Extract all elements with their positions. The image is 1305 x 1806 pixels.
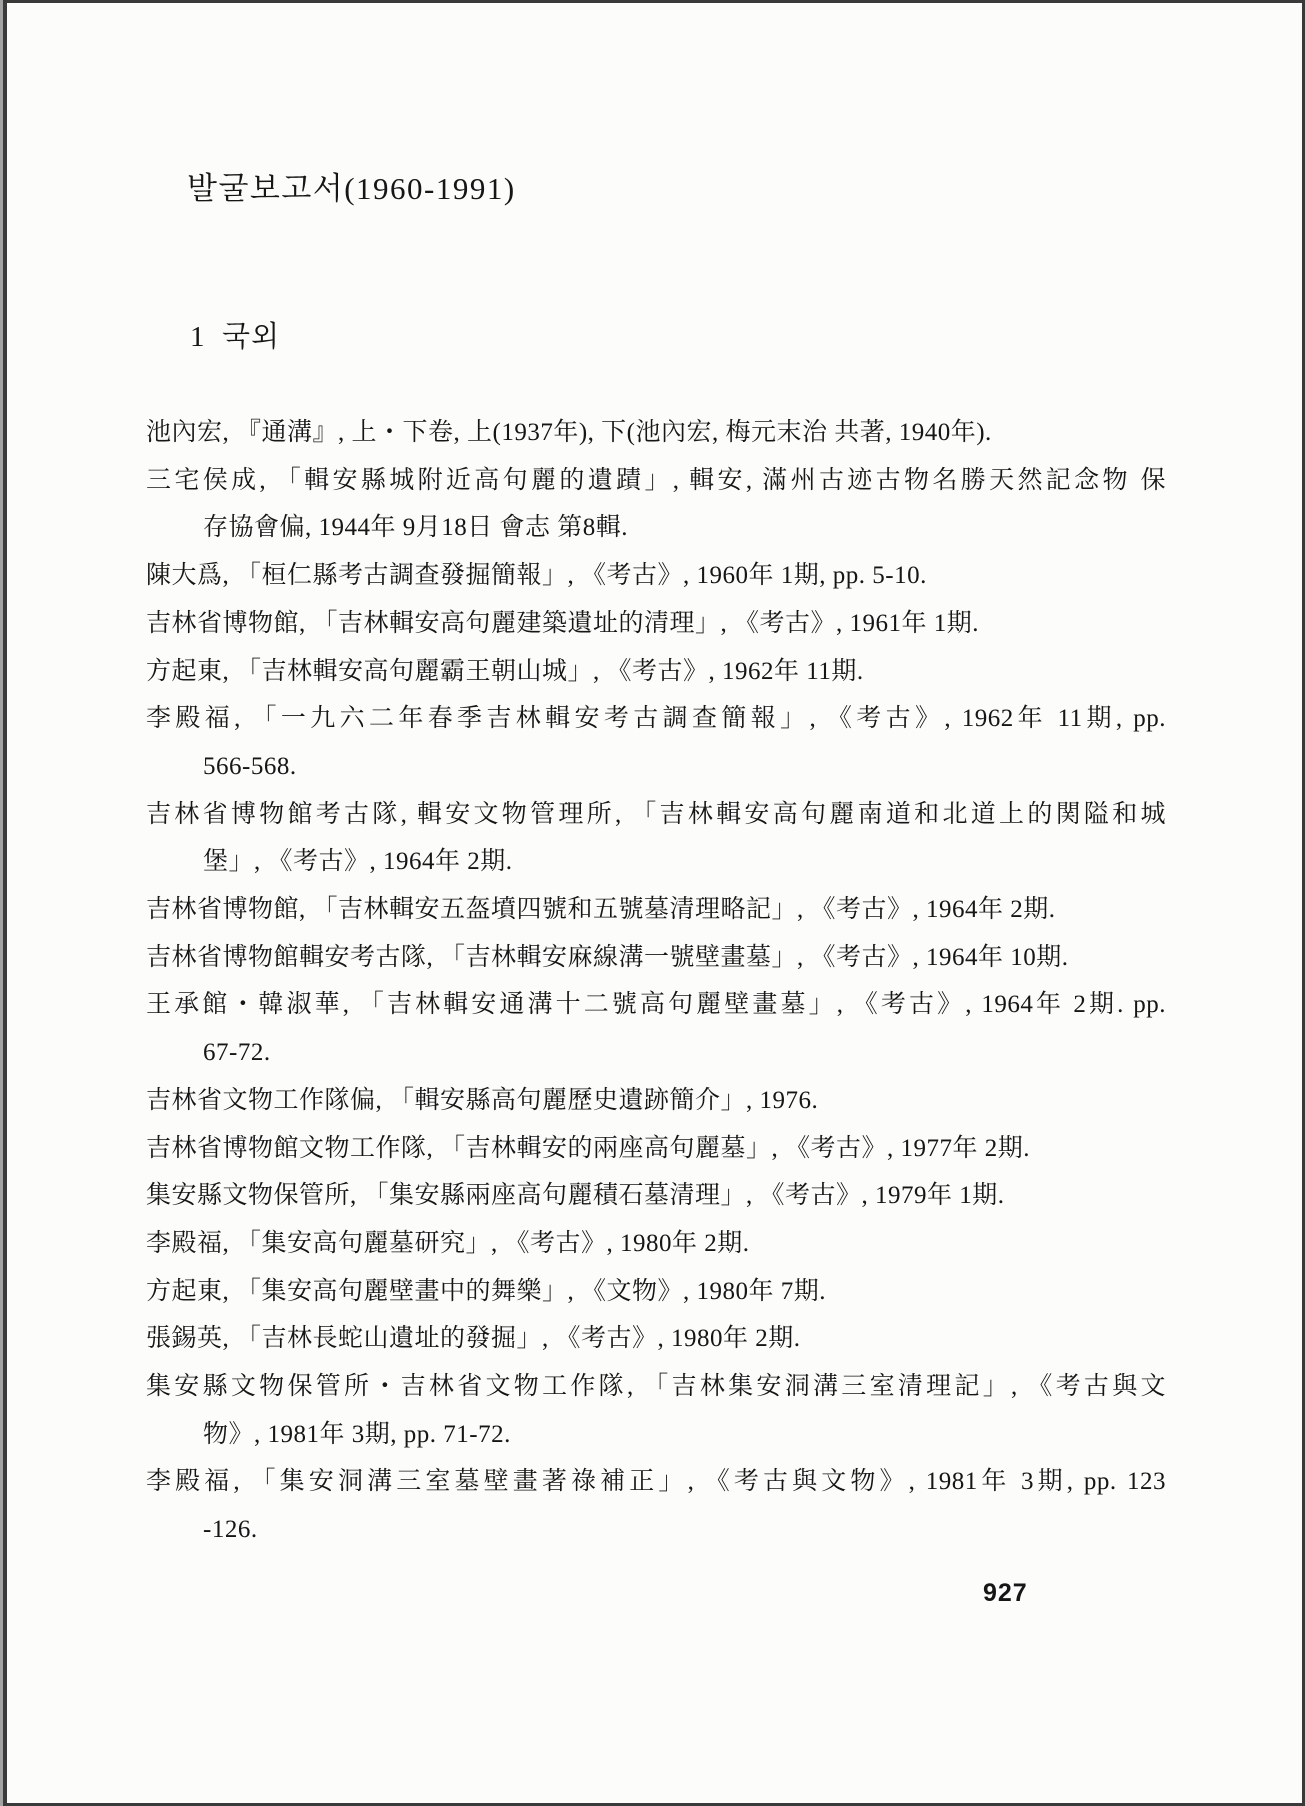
bibliography-entry: 方起東, 「集安高句麗壁畫中的舞樂」, 《文物》, 1980年 7期. [146,1268,1166,1316]
section-heading: 1 국외 [190,314,280,355]
bibliography-entry: 池內宏, 『通溝』, 上・下卷, 上(1937年), 下(池內宏, 梅元末治 共… [146,409,1166,457]
entry-line: 三宅侯成, 「輯安縣城附近高句麗的遺蹟」, 輯安, 滿州古迹古物名勝天然記念物 … [146,457,1166,505]
entry-line: 方起東, 「集安高句麗壁畫中的舞樂」, 《文物》, 1980年 7期. [146,1268,1166,1316]
entry-line: 池內宏, 『通溝』, 上・下卷, 上(1937年), 下(池內宏, 梅元末治 共… [146,409,1166,457]
entry-line: 李殿福, 「集安洞溝三室墓壁畫著祿補正」, 《考古與文物》, 1981年 3期,… [146,1458,1166,1506]
bibliography-entry: 李殿福, 「集安高句麗墓研究」, 《考古》, 1980年 2期. [146,1220,1166,1268]
bibliography-entry: 吉林省博物館輯安考古隊, 「吉林輯安麻線溝一號壁畫墓」, 《考古》, 1964年… [146,934,1166,982]
entry-line: 方起東, 「吉林輯安高句麗霸王朝山城」, 《考古》, 1962年 11期. [146,648,1166,696]
bibliography-entry: 集安縣文物保管所・吉林省文物工作隊, 「吉林集安洞溝三室清理記」, 《考古與文物… [146,1363,1166,1458]
bibliography-entry: 集安縣文物保管所, 「集安縣兩座高句麗積石墓清理」, 《考古》, 1979年 1… [146,1172,1166,1220]
bibliography-entry: 吉林省博物館, 「吉林輯安五盔墳四號和五號墓清理略記」, 《考古》, 1964年… [146,886,1166,934]
entry-line: 張錫英, 「吉林長蛇山遺址的發掘」, 《考古》, 1980年 2期. [146,1315,1166,1363]
bibliography-entry: 方起東, 「吉林輯安高句麗霸王朝山城」, 《考古》, 1962年 11期. [146,648,1166,696]
bibliography-entry: 吉林省博物館文物工作隊, 「吉林輯安的兩座高句麗墓」, 《考古》, 1977年 … [146,1125,1166,1173]
entry-line: 集安縣文物保管所, 「集安縣兩座高句麗積石墓清理」, 《考古》, 1979年 1… [146,1172,1166,1220]
entry-continuation-line: 堡」, 《考古》, 1964年 2期. [146,838,1166,886]
entry-continuation-line: 67-72. [146,1029,1166,1077]
entry-line: 吉林省博物館輯安考古隊, 「吉林輯安麻線溝一號壁畫墓」, 《考古》, 1964年… [146,934,1166,982]
bibliography-entry: 李殿福, 「集安洞溝三室墓壁畫著祿補正」, 《考古與文物》, 1981年 3期,… [146,1458,1166,1553]
bibliography-entry: 李殿福, 「一九六二年春季吉林輯安考古調查簡報」, 《考古》, 1962年 11… [146,695,1166,790]
bibliography-entry: 王承館・韓淑華, 「吉林輯安通溝十二號高句麗壁畫墓」, 《考古》, 1964年 … [146,981,1166,1076]
bibliography-entry: 陳大爲, 「桓仁縣考古調查發掘簡報」, 《考古》, 1960年 1期, pp. … [146,552,1166,600]
entry-continuation-line: -126. [146,1506,1166,1554]
entry-line: 李殿福, 「一九六二年春季吉林輯安考古調查簡報」, 《考古》, 1962年 11… [146,695,1166,743]
entry-line: 吉林省博物館, 「吉林輯安高句麗建築遺址的清理」, 《考古》, 1961年 1期… [146,600,1166,648]
entry-line: 集安縣文物保管所・吉林省文物工作隊, 「吉林集安洞溝三室清理記」, 《考古與文 [146,1363,1166,1411]
entry-line: 吉林省博物館考古隊, 輯安文物管理所, 「吉林輯安高句麗南道和北道上的関隘和城 [146,791,1166,839]
document-title: 발굴보고서(1960-1991) [187,163,516,208]
page-number: 927 [983,1579,1028,1608]
bibliography-entry: 三宅侯成, 「輯安縣城附近高句麗的遺蹟」, 輯安, 滿州古迹古物名勝天然記念物 … [146,457,1166,552]
bibliography-list: 池內宏, 『通溝』, 上・下卷, 上(1937年), 下(池內宏, 梅元末治 共… [146,409,1166,1554]
bibliography-entry: 吉林省博物館考古隊, 輯安文物管理所, 「吉林輯安高句麗南道和北道上的関隘和城堡… [146,791,1166,886]
entry-line: 吉林省文物工作隊偏, 「輯安縣高句麗歷史遺跡簡介」, 1976. [146,1077,1166,1125]
entry-line: 王承館・韓淑華, 「吉林輯安通溝十二號高句麗壁畫墓」, 《考古》, 1964年 … [146,981,1166,1029]
entry-line: 李殿福, 「集安高句麗墓研究」, 《考古》, 1980年 2期. [146,1220,1166,1268]
entry-line: 吉林省博物館文物工作隊, 「吉林輯安的兩座高句麗墓」, 《考古》, 1977年 … [146,1125,1166,1173]
entry-continuation-line: 566-568. [146,743,1166,791]
entry-continuation-line: 物》, 1981年 3期, pp. 71-72. [146,1411,1166,1459]
bibliography-entry: 吉林省文物工作隊偏, 「輯安縣高句麗歷史遺跡簡介」, 1976. [146,1077,1166,1125]
bibliography-entry: 張錫英, 「吉林長蛇山遺址的發掘」, 《考古》, 1980年 2期. [146,1315,1166,1363]
entry-line: 陳大爲, 「桓仁縣考古調查發掘簡報」, 《考古》, 1960年 1期, pp. … [146,552,1166,600]
page-left-edge [0,0,3,1806]
bibliography-entry: 吉林省博物館, 「吉林輯安高句麗建築遺址的清理」, 《考古》, 1961年 1期… [146,600,1166,648]
entry-line: 吉林省博物館, 「吉林輯安五盔墳四號和五號墓清理略記」, 《考古》, 1964年… [146,886,1166,934]
entry-continuation-line: 存協會偏, 1944年 9月18日 會志 第8輯. [146,504,1166,552]
scanned-document-page: 발굴보고서(1960-1991) 1 국외 池內宏, 『通溝』, 上・下卷, 上… [0,0,1305,1806]
